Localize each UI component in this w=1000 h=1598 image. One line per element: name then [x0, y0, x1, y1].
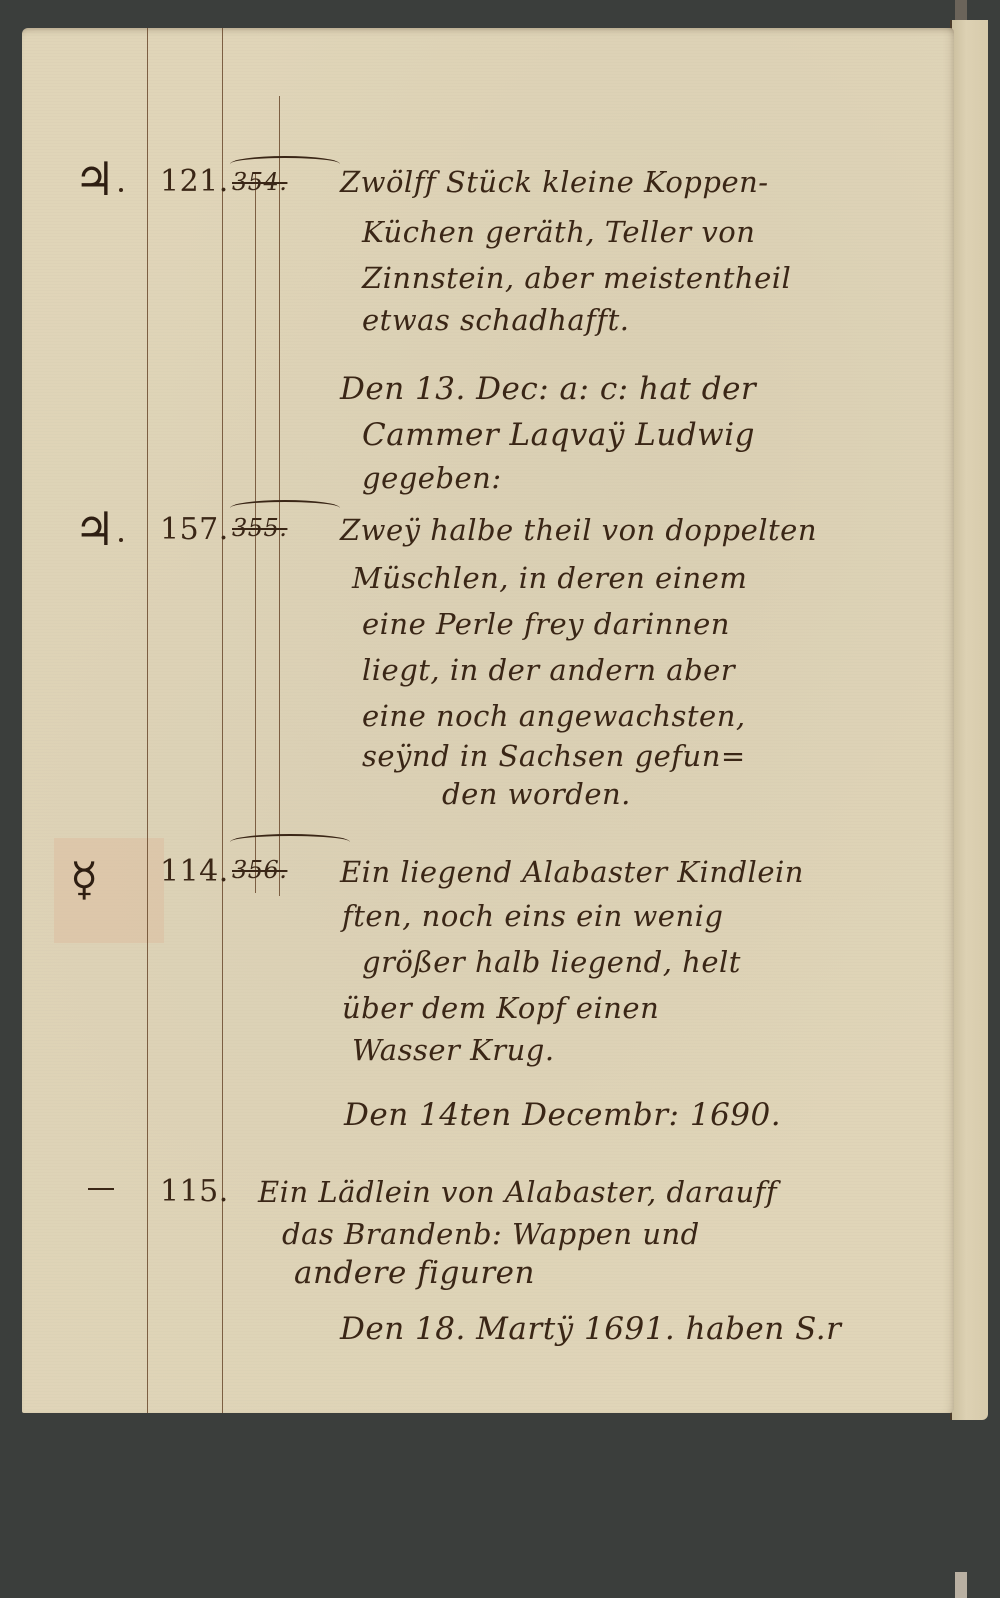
symbol-period: [119, 538, 123, 542]
old-entry-number-struck: 355.: [232, 514, 287, 542]
heading-line: Cammer Laqvaÿ Ludwig: [362, 420, 755, 451]
entry-line: eine Perle frey darinnen: [362, 610, 730, 639]
old-entry-number-struck: 356.: [232, 856, 287, 884]
entry-number: 115.: [160, 1174, 229, 1209]
entry-line: Zwölff Stück kleine Koppen-: [340, 168, 769, 197]
heading-line: Den 13. Dec: a: c: hat der: [340, 374, 756, 405]
entry-number: 114.: [160, 854, 229, 889]
entry-number: 121.: [160, 164, 229, 199]
entry-line: eine noch angewachsten,: [362, 702, 746, 731]
margin-rule-1: [147, 28, 148, 1413]
entry-line: das Brandenb: Wappen und: [282, 1220, 700, 1249]
entry-line: Zinnstein, aber meistentheil: [362, 264, 791, 293]
entry-line: Müschlen, in deren einem: [352, 564, 747, 593]
entry-number: 157.: [160, 512, 229, 547]
date-heading: Den 14ten Decembr: 1690.: [344, 1100, 781, 1131]
entry-line: Ein Lädlein von Alabaster, darauff: [258, 1178, 777, 1207]
adjacent-page-edge: [950, 20, 988, 1420]
entry-line: Küchen geräth, Teller von: [362, 218, 755, 247]
dash-mark: [88, 1188, 114, 1190]
manuscript-page: ♃ 121. 354. Zwölff Stück kleine Koppen- …: [22, 28, 954, 1413]
binding-tab-bottom: [955, 1572, 967, 1598]
entry-line: etwas schadhafft.: [362, 306, 630, 335]
entry-line: über dem Kopf einen: [342, 994, 659, 1023]
entry-line: liegt, in der andern aber: [362, 656, 735, 685]
symbol-period: [119, 188, 123, 192]
entry-line: Zweÿ halbe theil von doppelten: [340, 516, 817, 545]
tin-jupiter-icon: ♃: [74, 156, 115, 202]
entry-line: andere figuren: [294, 1258, 535, 1289]
tin-jupiter-icon: ♃: [74, 506, 115, 552]
heading-line: gegeben:: [362, 464, 502, 493]
number-flourish: [230, 156, 340, 172]
entry-line: Wasser Krug.: [352, 1036, 555, 1065]
number-rule-4: [279, 96, 280, 896]
number-flourish: [230, 834, 350, 850]
old-entry-number-struck: 354.: [232, 168, 287, 196]
entry-line: Ein liegend Alabaster Kindlein: [340, 858, 804, 887]
entry-line: den worden.: [442, 780, 631, 809]
binding-tab-top: [955, 0, 967, 22]
number-flourish: [230, 500, 340, 516]
entry-line: größer halb liegend, helt: [362, 948, 741, 977]
entry-line: ften, noch eins ein wenig: [342, 902, 724, 931]
alchemical-symbol-icon: ☿: [70, 856, 98, 902]
date-heading: Den 18. Martÿ 1691. haben S.r: [340, 1314, 841, 1345]
entry-line: seÿnd in Sachsen gefun=: [362, 742, 746, 771]
